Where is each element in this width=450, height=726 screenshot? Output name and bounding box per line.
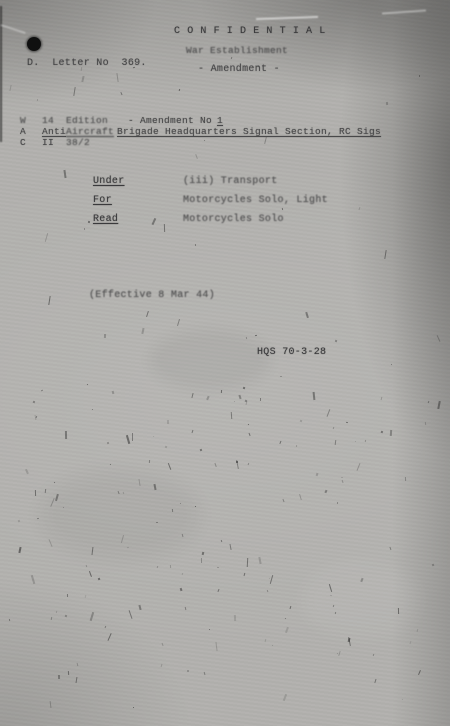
ref-row1-col1: W: [20, 115, 26, 126]
noise-speck: [325, 490, 328, 493]
noise-speck: [234, 401, 235, 402]
noise-speck: [92, 409, 93, 411]
effective-date: (Effective 8 Mar 44): [89, 290, 215, 301]
noise-speck: [191, 393, 193, 398]
letter-number: D. Letter No 369.: [27, 58, 147, 69]
noise-speck: [89, 571, 92, 577]
noise-speck: [285, 617, 286, 618]
noise-speck: [270, 575, 273, 584]
noise-speck: [437, 401, 441, 410]
noise-speck: [139, 479, 141, 486]
noise-speck: [346, 422, 348, 423]
noise-speck: [107, 442, 109, 444]
noise-speck: [238, 395, 241, 399]
noise-speck: [432, 563, 434, 565]
noise-speck: [247, 463, 249, 465]
noise-speck: [89, 612, 93, 621]
noise-speck: [164, 224, 165, 232]
noise-speck: [181, 573, 182, 575]
noise-speck: [161, 664, 163, 667]
noise-speck: [254, 335, 256, 337]
noise-speck: [68, 671, 69, 675]
noise-speck: [54, 482, 55, 483]
noise-speck: [85, 595, 87, 598]
noise-speck: [330, 595, 332, 597]
noise-speck: [381, 397, 383, 400]
noise-speck: [126, 435, 130, 444]
noise-speck: [81, 76, 84, 82]
noise-speck: [242, 387, 244, 390]
noise-speck: [436, 335, 440, 342]
for-value: Motorcycles Solo, Light: [183, 195, 328, 206]
noise-speck: [184, 607, 186, 610]
noise-speck: [199, 449, 202, 452]
noise-speck: [148, 460, 149, 463]
noise-speck: [116, 72, 118, 81]
noise-speck: [341, 477, 343, 478]
noise-speck: [182, 534, 184, 537]
noise-speck: [230, 544, 232, 550]
noise-speck: [283, 694, 287, 701]
noise-speck: [265, 639, 267, 642]
noise-speck: [77, 663, 79, 667]
noise-speck: [231, 57, 233, 59]
classification-banner: C O N F I D E N T I A L: [174, 26, 326, 37]
document-subtitle: - Amendment -: [198, 64, 280, 75]
noise-speck: [201, 552, 204, 555]
ref-unit-designation: Brigade Headquarters Signal Section, RC …: [117, 126, 381, 137]
noise-speck: [9, 619, 10, 621]
noise-speck: [67, 594, 68, 597]
noise-speck: [246, 401, 248, 405]
noise-speck: [37, 99, 38, 101]
noise-speck: [341, 480, 343, 483]
noise-speck: [264, 137, 267, 144]
noise-speck: [409, 640, 411, 643]
ref-amendment-label: - Amendment No: [128, 115, 212, 126]
noise-speck: [402, 699, 403, 700]
noise-speck: [359, 207, 361, 210]
noise-speck: [217, 567, 219, 569]
noise-speck: [110, 464, 111, 466]
noise-speck: [333, 427, 334, 429]
noise-speck: [282, 499, 284, 502]
noise-speck: [328, 584, 331, 592]
noise-speck: [299, 493, 302, 499]
noise-speck: [282, 208, 283, 211]
ref-row1-col2: 14: [42, 115, 54, 126]
noise-speck: [18, 547, 21, 553]
noise-speck: [64, 170, 67, 178]
ref-row3-col3: 38/2: [66, 137, 90, 148]
noise-speck: [187, 670, 189, 672]
noise-speck: [10, 85, 12, 91]
noise-speck: [153, 484, 156, 490]
noise-speck: [280, 441, 282, 444]
ref-row2-col2: Anti: [42, 126, 66, 137]
noise-speck: [128, 610, 132, 619]
noise-speck: [327, 409, 331, 416]
noise-speck: [312, 391, 315, 400]
noise-speck: [384, 250, 386, 259]
noise-speck: [201, 558, 202, 563]
noise-speck: [425, 422, 426, 425]
noise-speck: [214, 463, 216, 467]
noise-speck: [315, 472, 318, 476]
noise-speck: [305, 312, 309, 318]
ref-row2-col1: A: [20, 126, 26, 137]
noise-speck: [260, 398, 261, 401]
noise-speck: [152, 218, 157, 225]
noise-speck: [361, 577, 364, 581]
noise-speck: [380, 431, 382, 433]
under-label: Under: [93, 176, 125, 187]
noise-speck: [157, 566, 158, 568]
noise-speck: [333, 605, 335, 607]
noise-speck: [248, 424, 249, 426]
noise-speck: [296, 445, 297, 447]
noise-speck: [104, 625, 106, 627]
ref-row3-col2: II: [42, 137, 54, 148]
noise-speck: [417, 629, 419, 632]
noise-speck: [398, 608, 399, 614]
noise-speck: [121, 535, 124, 543]
noise-speck: [209, 629, 210, 631]
for-label: For: [93, 195, 112, 206]
noise-speck: [35, 490, 36, 496]
noise-speck: [335, 340, 337, 343]
noise-speck: [243, 573, 245, 576]
noise-speck: [56, 611, 58, 614]
noise-speck: [365, 440, 366, 442]
noise-speck: [45, 489, 46, 493]
noise-speck: [31, 575, 35, 584]
noise-speck: [51, 617, 52, 620]
noise-speck: [45, 233, 48, 242]
noise-speck: [167, 420, 169, 424]
noise-speck: [385, 102, 387, 105]
noise-speck: [153, 436, 154, 437]
scan-noise: [0, 0, 450, 726]
noise-speck: [65, 615, 67, 617]
noise-speck: [165, 446, 167, 449]
noise-speck: [107, 633, 111, 641]
noise-speck: [289, 606, 291, 609]
noise-speck: [280, 376, 282, 377]
noise-speck: [180, 503, 181, 504]
noise-speck: [194, 244, 195, 246]
noise-speck: [335, 612, 336, 614]
file-reference-number: HQS 70-3-28: [257, 347, 326, 358]
noise-speck: [405, 477, 406, 481]
document-title: War Establishment: [186, 45, 288, 56]
noise-speck: [300, 419, 303, 422]
scanned-document-page: C O N F I D E N T I A L War Establishmen…: [0, 0, 450, 726]
noise-speck: [127, 547, 129, 549]
noise-speck: [204, 671, 206, 674]
noise-speck: [98, 577, 101, 579]
noise-speck: [230, 411, 231, 418]
noise-speck: [266, 590, 267, 592]
noise-speck: [247, 558, 248, 567]
noise-speck: [132, 433, 133, 441]
noise-speck: [76, 677, 78, 683]
noise-speck: [217, 589, 219, 592]
noise-speck: [73, 87, 75, 96]
noise-speck: [204, 139, 205, 140]
noise-speck: [117, 491, 119, 494]
noise-speck: [177, 319, 180, 326]
noise-speck: [373, 654, 374, 656]
noise-speck: [336, 502, 337, 504]
noise-speck: [85, 565, 87, 568]
noise-speck: [41, 390, 43, 392]
noise-speck: [50, 498, 54, 506]
noise-speck: [234, 615, 236, 621]
noise-speck: [179, 89, 180, 91]
noise-speck: [374, 679, 376, 683]
noise-speck: [120, 92, 122, 95]
noise-speck: [48, 296, 50, 305]
noise-speck: [123, 492, 125, 494]
noise-speck: [428, 400, 430, 402]
noise-speck: [146, 311, 149, 317]
noise-speck: [419, 74, 420, 76]
noise-speck: [391, 364, 392, 365]
noise-speck: [206, 395, 209, 399]
noise-speck: [18, 519, 20, 522]
noise-speck: [62, 506, 63, 508]
noise-speck: [168, 463, 171, 470]
noise-speck: [33, 401, 35, 403]
ref-row2-col3: Aircraft: [66, 126, 114, 137]
noise-speck: [195, 506, 196, 507]
noise-speck: [389, 547, 391, 550]
noise-speck: [248, 433, 250, 436]
noise-speck: [48, 539, 52, 547]
noise-speck: [56, 494, 60, 501]
noise-speck: [139, 605, 142, 610]
noise-speck: [87, 384, 88, 385]
noise-speck: [195, 154, 198, 159]
read-label: Read: [93, 214, 118, 225]
noise-speck: [245, 337, 246, 339]
noise-speck: [156, 522, 158, 523]
noise-speck: [49, 701, 51, 708]
noise-speck: [133, 707, 134, 708]
noise-speck: [259, 557, 262, 565]
noise-speck: [104, 334, 106, 338]
noise-speck: [37, 518, 39, 520]
noise-speck: [141, 328, 144, 334]
noise-speck: [112, 391, 115, 394]
under-value: (iii) Transport: [183, 176, 278, 187]
noise-speck: [357, 463, 361, 471]
noise-speck: [191, 430, 193, 433]
noise-speck: [335, 439, 337, 444]
noise-speck: [170, 565, 171, 568]
noise-speck: [58, 675, 60, 679]
noise-speck: [161, 642, 163, 645]
ref-row3-col1: C: [20, 137, 26, 148]
noise-speck: [355, 441, 356, 442]
read-value: Motorcycles Solo: [183, 214, 284, 225]
noise-speck: [285, 627, 289, 633]
noise-speck: [172, 508, 173, 511]
noise-speck: [389, 430, 391, 436]
noise-speck: [92, 547, 94, 555]
noise-speck: [25, 469, 29, 475]
ref-row1-col3: Edition: [66, 115, 108, 126]
noise-speck: [216, 642, 218, 651]
noise-speck: [221, 390, 222, 393]
noise-speck: [65, 431, 67, 439]
noise-speck: [84, 228, 85, 230]
noise-speck: [87, 221, 89, 223]
noise-speck: [221, 540, 223, 542]
noise-speck: [179, 587, 182, 590]
noise-speck: [418, 670, 421, 675]
noise-speck: [271, 645, 272, 646]
ref-amendment-number: 1: [217, 115, 223, 126]
